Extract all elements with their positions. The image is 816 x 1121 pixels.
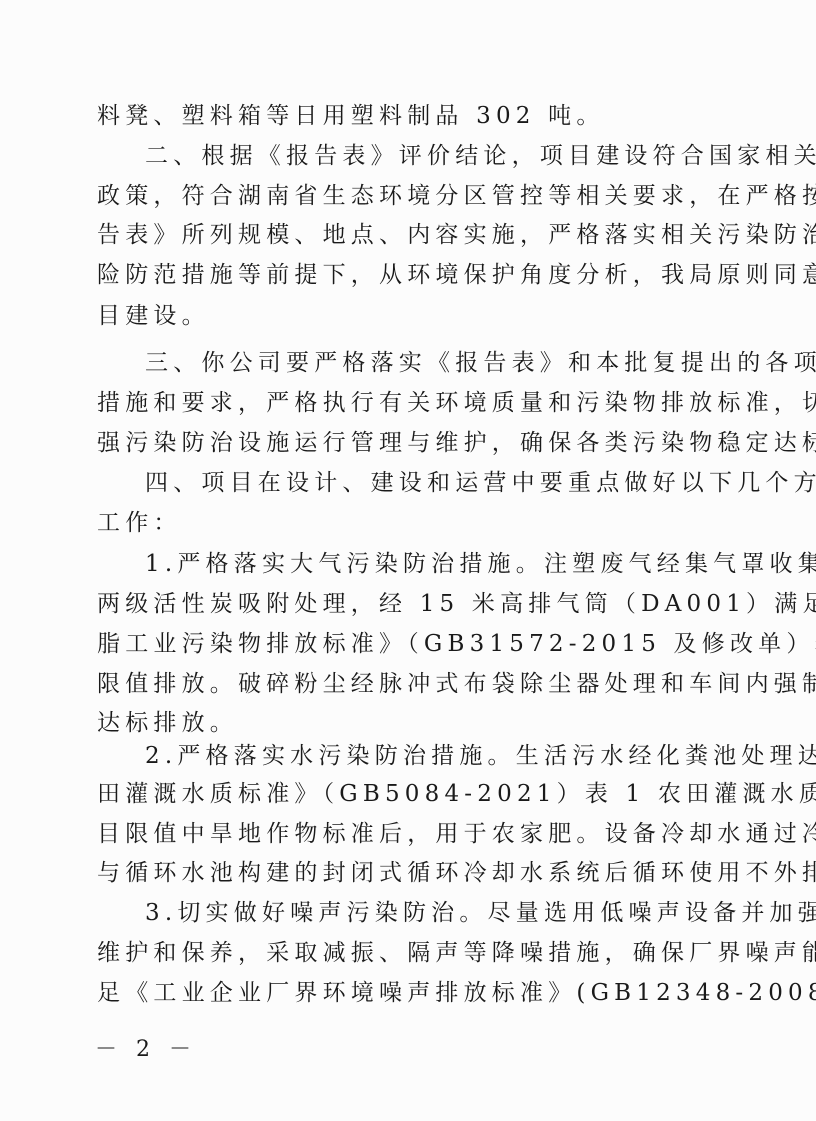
- text-line: 两级活性炭吸附处理，经 15 米高排气筒（DA001）满足《合成树: [97, 584, 701, 624]
- text-line: 限值排放。破碎粉尘经脉冲式布袋除尘器处理和车间内强制通风: [97, 664, 701, 704]
- document-page: 料凳、塑料箱等日用塑料制品 302 吨。 二、根据《报告表》评价结论，项目建设符…: [0, 0, 816, 1121]
- paragraph-3-start: 三、你公司要严格落实《报告表》和本批复提出的各项环保: [145, 343, 701, 383]
- text-line: 与循环水池构建的封闭式循环冷却水系统后循环使用不外排。: [97, 853, 701, 893]
- text-line: 措施和要求，严格执行有关环境质量和污染物排放标准，切实加: [97, 383, 701, 423]
- text-line: 田灌溉水质标准》（GB5084-2021）表 1 农田灌溉水质基本控制项: [97, 774, 701, 814]
- page-number: － 2 －: [95, 1034, 197, 1066]
- item-2-start: 2.严格落实水污染防治措施。生活污水经化粪池处理达到《农: [145, 736, 701, 776]
- text-line: 维护和保养，采取减振、隔声等降噪措施，确保厂界噪声能够满: [97, 933, 701, 973]
- text-line: 目建设。: [97, 296, 701, 336]
- text-line: 脂工业污染物排放标准》（GB31572-2015 及修改单）表 4 中标准: [97, 624, 701, 664]
- item-3-start: 3.切实做好噪声污染防治。尽量选用低噪声设备并加强设备的: [145, 893, 701, 933]
- text-line-continuation: 料凳、塑料箱等日用塑料制品 302 吨。: [97, 96, 701, 136]
- text-line: 工作：: [97, 503, 701, 543]
- item-1-start: 1.严格落实大气污染防治措施。注塑废气经集气罩收集后通过: [145, 544, 701, 584]
- paragraph-2-start: 二、根据《报告表》评价结论，项目建设符合国家相关产业: [145, 136, 701, 176]
- text-line: 足《工业企业厂界环境噪声排放标准》(GB12348-2008)3 类标准限: [97, 973, 701, 1013]
- text-line: 政策，符合湖南省生态环境分区管控等相关要求，在严格按照《报: [97, 176, 701, 216]
- text-line: 目限值中旱地作物标准后，用于农家肥。设备冷却水通过冷却塔: [97, 814, 701, 854]
- paragraph-4-start: 四、项目在设计、建设和运营中要重点做好以下几个方面的: [145, 463, 701, 503]
- text-line: 告表》所列规模、地点、内容实施，严格落实相关污染防治、风: [97, 215, 701, 255]
- text-line: 险防范措施等前提下，从环境保护角度分析，我局原则同意该项: [97, 255, 701, 295]
- text-line: 强污染防治设施运行管理与维护，确保各类污染物稳定达标排放。: [97, 423, 701, 463]
